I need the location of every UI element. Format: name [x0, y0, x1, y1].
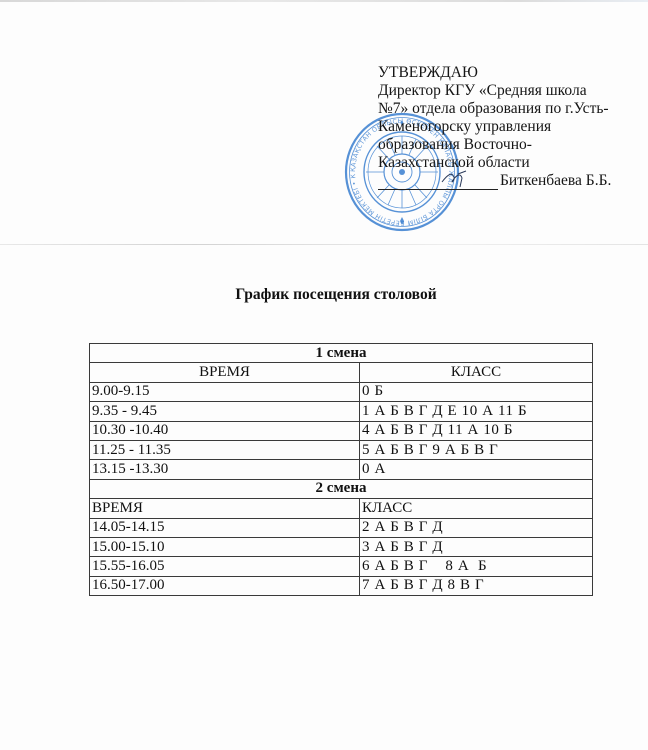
- time-cell: 10.30 -10.40: [90, 421, 360, 440]
- class-cell: 6 А Б В Г 8 А Б: [360, 557, 593, 576]
- approval-line: Директор КГУ «Средняя школа: [378, 82, 638, 100]
- column-header-row: ВРЕМЯ КЛАСС: [90, 499, 593, 518]
- scan-edge: [0, 0, 648, 2]
- time-cell: 16.50-17.00: [90, 576, 360, 595]
- approval-line: №7» отдела образования по г.Усть-: [378, 100, 638, 118]
- column-header-class: КЛАСС: [360, 363, 593, 382]
- class-cell: 3 А Б В Г Д: [360, 537, 593, 556]
- signature-line: [378, 174, 498, 190]
- table-row: 9.00-9.15 0 Б: [90, 382, 593, 401]
- column-header-time: ВРЕМЯ: [90, 363, 360, 382]
- shift-header-row: 2 смена: [90, 479, 593, 498]
- document-title: График посещения столовой: [0, 286, 648, 304]
- table-row: 13.15 -13.30 0 А: [90, 460, 593, 479]
- time-cell: 15.00-15.10: [90, 537, 360, 556]
- column-header-row: ВРЕМЯ КЛАСС: [90, 363, 593, 382]
- time-cell: 15.55-16.05: [90, 557, 360, 576]
- class-cell: 0 Б: [360, 382, 593, 401]
- approval-line: образования Восточно-: [378, 136, 638, 154]
- class-cell: 2 А Б В Г Д: [360, 518, 593, 537]
- table-row: 15.55-16.05 6 А Б В Г 8 А Б: [90, 557, 593, 576]
- class-cell: 5 А Б В Г 9 А Б В Г: [360, 440, 593, 459]
- time-cell: 14.05-14.15: [90, 518, 360, 537]
- table-row: 9.35 - 9.45 1 А Б В Г Д Е 10 А 11 Б: [90, 402, 593, 421]
- approval-line: Казахстанской области: [378, 154, 638, 172]
- shift-header-row: 1 смена: [90, 344, 593, 363]
- time-cell: 13.15 -13.30: [90, 460, 360, 479]
- time-cell: 9.35 - 9.45: [90, 402, 360, 421]
- approval-heading: УТВЕРЖДАЮ: [378, 64, 638, 82]
- class-cell: 1 А Б В Г Д Е 10 А 11 Б: [360, 402, 593, 421]
- shift-name: 1 смена: [90, 344, 593, 363]
- canteen-schedule-table: 1 смена ВРЕМЯ КЛАСС 9.00-9.15 0 Б 9.35 -…: [89, 343, 593, 596]
- shift-name: 2 смена: [90, 479, 593, 498]
- signature-row: Биткенбаева Б.Б.: [378, 172, 638, 190]
- table-row: 15.00-15.10 3 А Б В Г Д: [90, 537, 593, 556]
- class-cell: 4 А Б В Г Д 11 А 10 Б: [360, 421, 593, 440]
- class-cell: 0 А: [360, 460, 593, 479]
- scan-artifact-line: [0, 244, 648, 245]
- approval-line: Каменогорску управления: [378, 118, 638, 136]
- table-row: 16.50-17.00 7 А Б В Г Д 8 В Г: [90, 576, 593, 595]
- time-cell: 11.25 - 11.35: [90, 440, 360, 459]
- signatory-name: Биткенбаева Б.Б.: [500, 172, 611, 190]
- approval-block: УТВЕРЖДАЮ Директор КГУ «Средняя школа №7…: [378, 64, 638, 190]
- class-cell: 7 А Б В Г Д 8 В Г: [360, 576, 593, 595]
- document-page: ҚАЗАҚСТАН ОБЛЫСЫ ӨСКЕМЕН ҚАЛАСЫ ЖАЛПЫ ОР…: [0, 0, 648, 750]
- table-row: 11.25 - 11.35 5 А Б В Г 9 А Б В Г: [90, 440, 593, 459]
- time-cell: 9.00-9.15: [90, 382, 360, 401]
- table-row: 10.30 -10.40 4 А Б В Г Д 11 А 10 Б: [90, 421, 593, 440]
- column-header-class: КЛАСС: [360, 499, 593, 518]
- table-row: 14.05-14.15 2 А Б В Г Д: [90, 518, 593, 537]
- signature-icon: [440, 168, 470, 190]
- column-header-time: ВРЕМЯ: [90, 499, 360, 518]
